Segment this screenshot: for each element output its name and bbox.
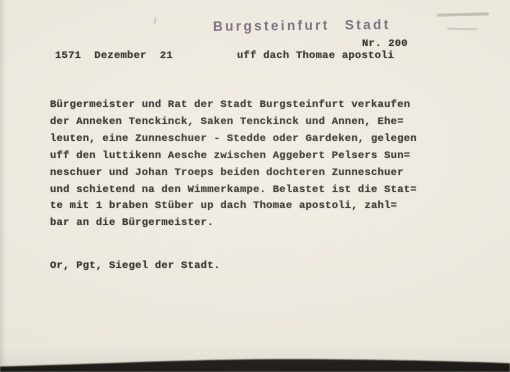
scanned-index-card: Burgsteinfurt Stadt Nr. 200 1571 Dezembe… [0,0,510,372]
scan-edge-shadow [0,358,510,372]
source-note: Or, Pgt, Siegel der Stadt. [50,260,220,272]
pencil-mark [154,17,157,24]
pencil-mark [447,28,477,31]
document-date: 1571 Dezember 21 [55,50,173,62]
regest-body-text: Bürgermeister und Rat der Stadt Burgstei… [50,97,450,232]
pencil-mark [437,12,489,16]
document-date-note: uff dach Thomae apostoli [237,50,394,62]
archive-number: Nr. 200 [362,38,408,50]
city-stamp: Burgsteinfurt Stadt [213,17,391,34]
